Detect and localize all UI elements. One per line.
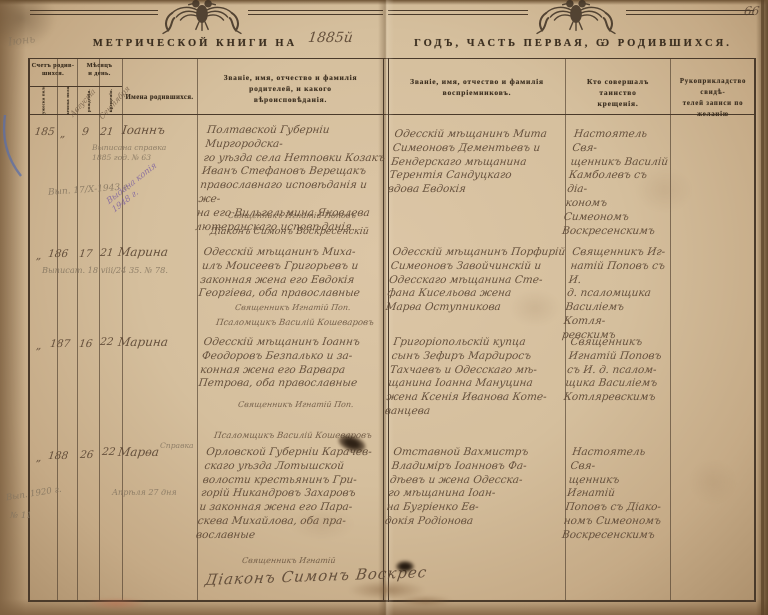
rule: [388, 14, 528, 15]
record-4-clergy-signature-1: Священникъ Игнатій: [241, 556, 336, 566]
record-2-pencil-note: Выписат. 18 ⅷ/24 35. № 78.: [42, 266, 168, 276]
record-2-number-male: „: [35, 250, 42, 264]
record-1-clergy-signature-1: Священникъ Игнатій Поповъ: [227, 211, 356, 221]
record-4-godparents: Отставной Вахмистръ Владиміръ Іоанновъ Ф…: [384, 446, 569, 529]
corner-shadow: [0, 0, 56, 48]
header-witnesses: Рукоприкладство свидѣ- телей записи по ж…: [673, 76, 753, 120]
record-3-baptized-day: 22: [99, 336, 114, 350]
record-1-clergy-signature-2: Діаконъ Симонъ Воскресенскій: [209, 225, 369, 239]
foxing-spot: [636, 168, 692, 212]
record-2-born-day: 17: [78, 248, 93, 262]
record-1-pencil-note: Выписана справка 1885 год. № 63: [92, 143, 166, 162]
rule: [248, 10, 383, 11]
rule: [626, 14, 754, 15]
record-3-name: Марина: [117, 336, 199, 350]
record-3-number-female: 187: [49, 338, 71, 352]
record-3-performer: Священникъ Игнатій Поповъ съ И. д. псало…: [563, 336, 671, 405]
page-number: 66: [743, 5, 760, 19]
foxing-spot: [290, 508, 354, 540]
rule: [248, 14, 383, 15]
header-count-group: Счетъ родив- шихся.: [28, 62, 78, 78]
left-page-title: МЕТРИЧЕСКОЙ КНИГИ НА: [80, 38, 310, 49]
record-3-born-day: 16: [78, 338, 93, 352]
book-edge: [761, 0, 764, 615]
header-date-group: Мѣсяцъ и день.: [77, 62, 122, 78]
record-4-performer: Настоятель Свя- щенникъ Игнатій Поповъ с…: [561, 446, 673, 543]
record-4-number-male: „: [35, 452, 42, 466]
record-4-number-female: 188: [47, 450, 69, 464]
rule: [388, 10, 528, 11]
record-1-godparents: Одесскій мѣщанинъ Мита Симеоновъ Дементь…: [387, 128, 567, 197]
foxing-spot: [690, 460, 736, 504]
record-1-born-day: 9: [81, 126, 89, 140]
record-1-baptized-day: 21: [99, 126, 114, 140]
col-divider: [57, 58, 58, 600]
left-page-title-year: 1885й: [307, 32, 353, 46]
record-2-clergy-signature-2: Псаломщикъ Василій Кошеваровъ: [215, 318, 374, 328]
right-page-title: ГОДЪ, ЧАСТЬ ПЕРВАЯ, Ѡ РОДИВШИХСЯ.: [408, 38, 738, 49]
imperial-eagle-emblem-left: [162, 0, 242, 36]
header-performer: Кто совершалъ таинство крещенія.: [568, 76, 668, 109]
record-4-name: Марѳа: [117, 446, 199, 460]
record-2-number-female: 186: [47, 248, 69, 262]
record-4-baptized-day: 22: [101, 446, 116, 460]
record-2-name: Марина: [117, 246, 199, 260]
record-2-baptized-day: 21: [99, 247, 114, 261]
record-3-godparents: Григоріопольскій купца сынъ Зефиръ Марди…: [384, 336, 569, 419]
header-count-male: мужеска пола.: [28, 86, 57, 114]
header-names: Имена родившихся.: [122, 94, 197, 102]
record-3-number-male: „: [35, 340, 42, 354]
worm-hole: [396, 561, 414, 572]
metric-book-scan: 66 Іюнь МЕТРИЧЕСКОЙ КНИГИ НА 1885й ГОДЪ,…: [0, 0, 768, 615]
header-parents: Званіе, имя, отчество и фамилія родителе…: [200, 72, 381, 105]
record-4-born-day: 26: [79, 449, 94, 463]
record-1-name: Іоаннъ: [121, 124, 199, 138]
red-smear: [86, 598, 146, 609]
col-divider: [77, 58, 78, 600]
imperial-eagle-emblem-right: [536, 0, 616, 36]
record-1-number-female: „: [59, 128, 66, 142]
record-2-performer: Священникъ Иг- натій Поповъ съ И. д. пса…: [561, 246, 673, 343]
rule: [626, 10, 754, 11]
col-divider: [122, 58, 123, 600]
record-4-date-note: Апрѣля 27 дня: [112, 488, 177, 498]
blue-pencil-stroke: [0, 112, 30, 182]
record-2-clergy-signature-1: Священникъ Игнатій Поп.: [234, 303, 351, 313]
record-2-parents: Одесскій мѣщанинъ Миха- илъ Моисеевъ Гри…: [198, 246, 387, 301]
header-godparents: Званіе, имя, отчество и фамилія воспріем…: [392, 76, 562, 98]
record-4-margin-note-2: № 11: [10, 512, 32, 522]
record-4-margin-note: Вып. 1920 г.: [6, 486, 63, 504]
foxing-spot: [510, 290, 560, 326]
record-3-clergy-signature-1: Священникъ Игнатій Поп.: [237, 400, 354, 410]
stain-smudge: [398, 595, 453, 607]
record-1-number-male: 185: [31, 126, 58, 140]
table-border-right: [754, 58, 756, 602]
record-3-parents: Одесскій мѣщанинъ Іоаннъ Феодоровъ Безпа…: [198, 336, 387, 391]
